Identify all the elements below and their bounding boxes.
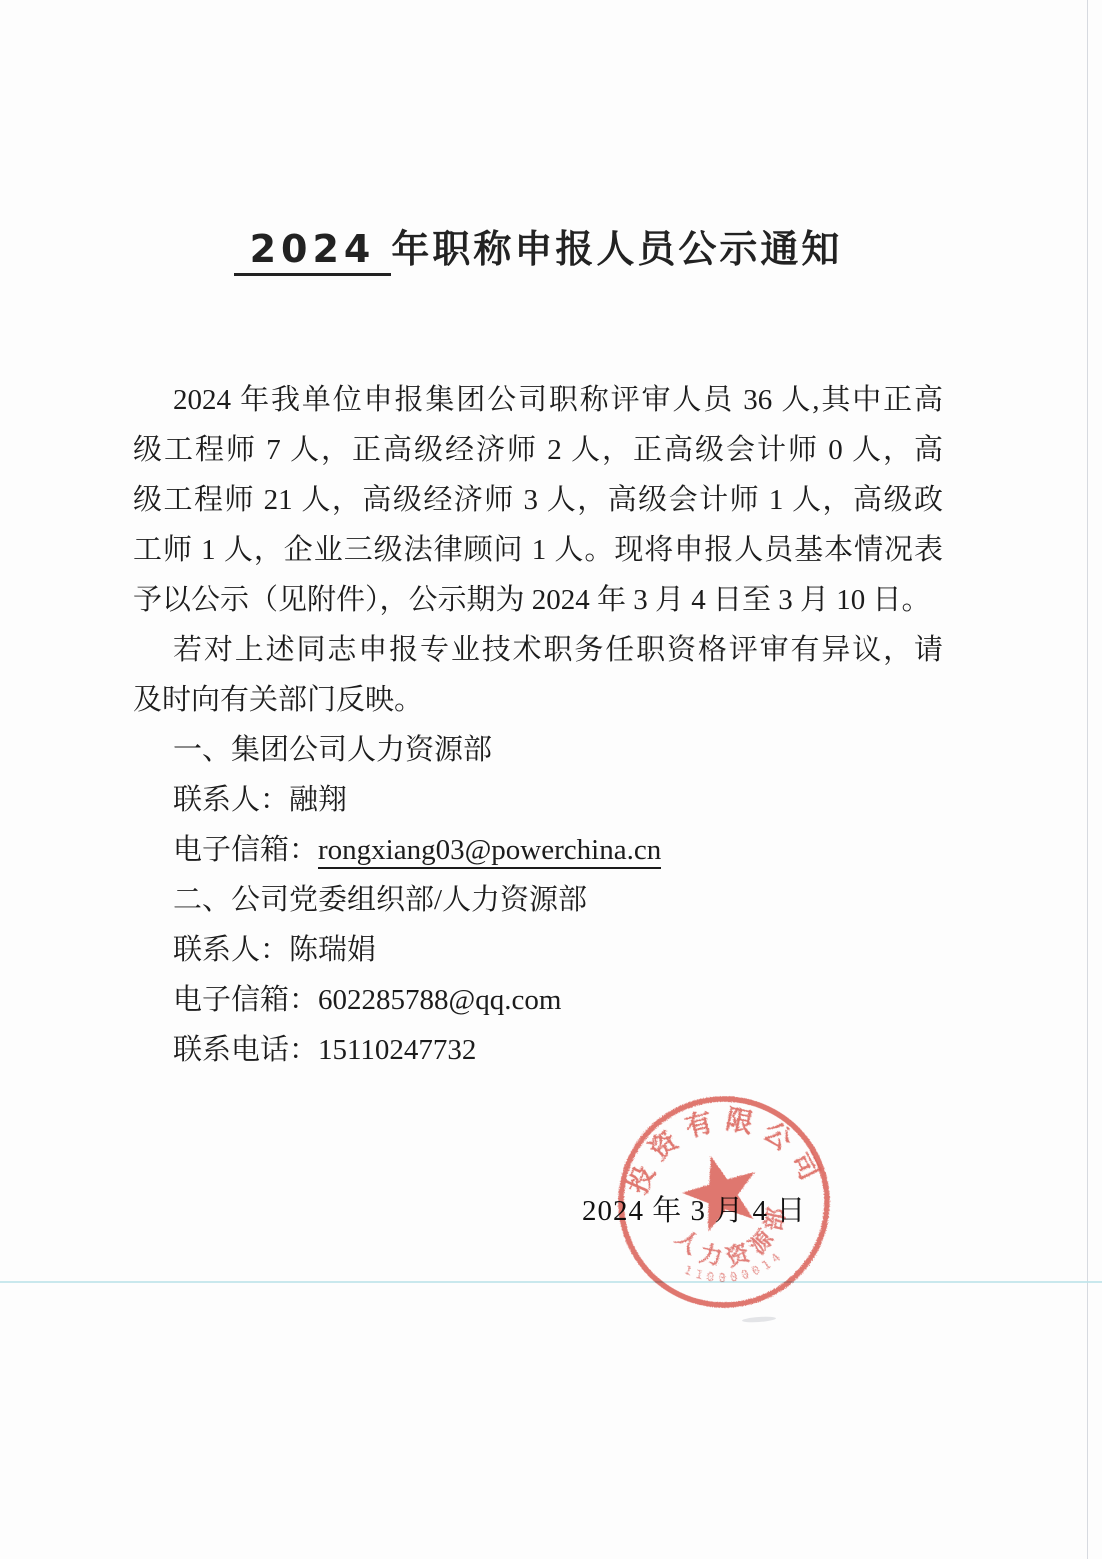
contact-person-1: 联系人：融翔 [133, 775, 943, 825]
title-text: 年职称申报人员公示通知 [391, 227, 842, 271]
body-line: 级工程师 21 人，高级经济师 3 人，高级会计师 1 人，高级政 [133, 475, 943, 525]
contact-email-1-label: 电子信箱： [173, 834, 318, 866]
contact-phone: 联系电话：15110247732 [133, 1025, 943, 1075]
body-line: 2024 年我单位申报集团公司职称评审人员 36 人,其中正高 [133, 375, 943, 425]
contact-section-2-heading: 二、公司党委组织部/人力资源部 [133, 875, 943, 925]
body-line: 予以公示（见附件），公示期为 2024 年 3 月 4 日至 3 月 10 日。 [133, 575, 943, 625]
scan-artifact-vertical-line [1087, 0, 1088, 1559]
signature-date: 2024 年 3 月 4 日 [582, 1188, 806, 1229]
contact-section-1-heading: 一、集团公司人力资源部 [133, 725, 943, 775]
contact-email-2: 电子信箱：602285788@qq.com [133, 975, 943, 1025]
contact-person-2: 联系人：陈瑞娟 [133, 925, 943, 975]
svg-text:110000014: 110000014 [679, 1236, 790, 1298]
body-line: 若对上述同志申报专业技术职务任职资格评审有异议，请 [133, 625, 943, 675]
contact-email-1-address: rongxiang03@powerchina.cn [318, 834, 661, 869]
contact-email-1: 电子信箱：rongxiang03@powerchina.cn [133, 825, 943, 875]
body-line: 工师 1 人，企业三级法律顾问 1 人。现将申报人员基本情况表 [133, 525, 943, 575]
scan-artifact-horizontal-line [0, 1281, 1102, 1283]
body-line: 级工程师 7 人，正高级经济师 2 人，正高级会计师 0 人，高 [133, 425, 943, 475]
page-title: 2024年职称申报人员公示通知 [133, 218, 943, 273]
body-line: 及时向有关部门反映。 [133, 675, 943, 725]
title-year-underlined: 2024 [234, 227, 392, 276]
document-body: 2024 年我单位申报集团公司职称评审人员 36 人,其中正高 级工程师 7 人… [133, 375, 943, 1075]
stamp-serial-number: 110000014 [679, 1236, 790, 1298]
document-page: 2024年职称申报人员公示通知 2024 年我单位申报集团公司职称评审人员 36… [0, 0, 1102, 1559]
scan-smudge [742, 1316, 776, 1323]
